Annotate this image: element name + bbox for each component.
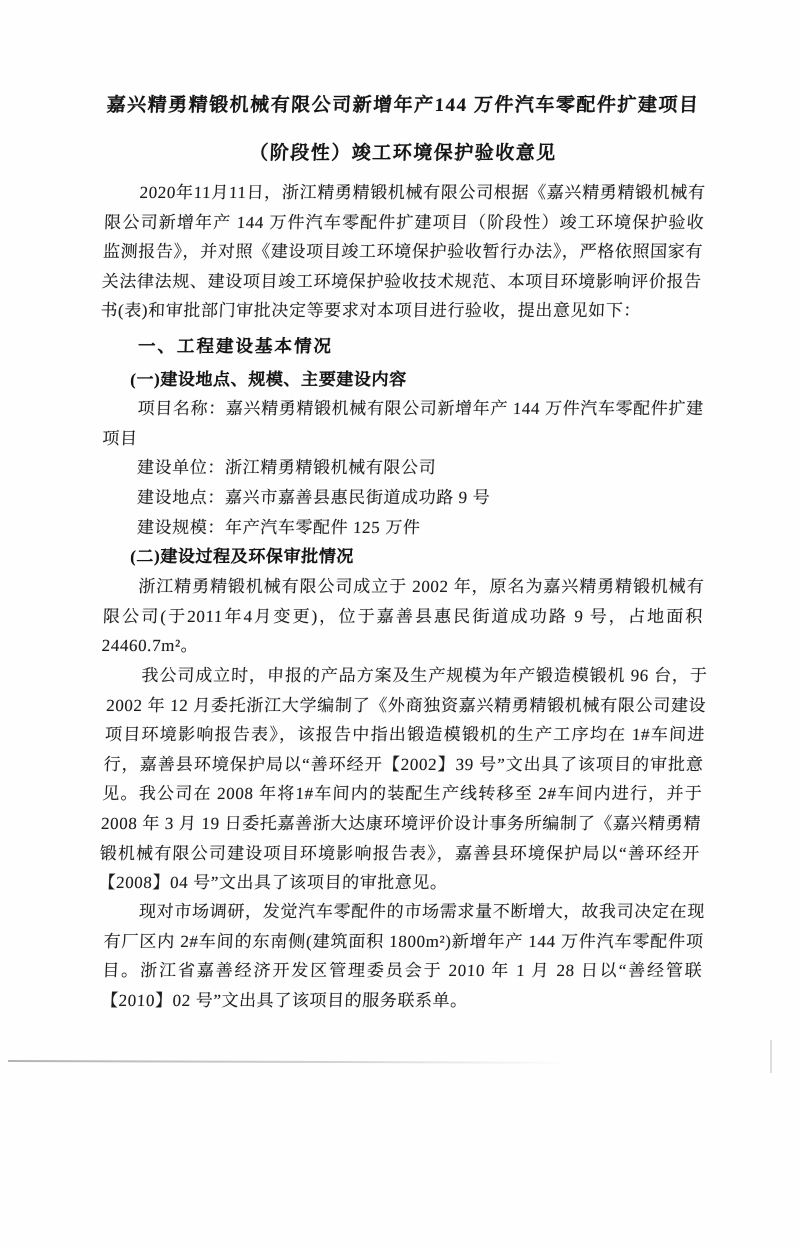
history-paragraph-2: 我公司成立时，申报的产品方案及生产规模为年产锻造模锻机 96 台，于 2002 … xyxy=(98,661,708,898)
scan-artifact-edge-mark xyxy=(770,1040,772,1073)
history-paragraph-3: 现对市场调研，发觉汽车零配件的市场需求量不断增大，故我司决定在现有厂区内 2#车… xyxy=(100,897,705,1015)
item-construction-scale: 建设规模：年产汽车零配件 125 万件 xyxy=(102,513,703,543)
scan-artifact-line xyxy=(8,1060,570,1064)
item-project-name: 项目名称：嘉兴精勇精锻机械有限公司新增年产 144 万件汽车零配件扩建项目 xyxy=(102,394,705,453)
document-title: 嘉兴精勇精锻机械有限公司新增年产144 万件汽车零配件扩建项目 （阶段性）竣工环… xyxy=(103,82,703,178)
item-construction-unit: 建设单位：浙江精勇精锻机械有限公司 xyxy=(102,453,703,483)
title-line-2: （阶段性）竣工环境保护验收意见 xyxy=(102,130,704,178)
section-1-heading: 一、工程建设基本情况 xyxy=(102,332,703,362)
document-content: 嘉兴精勇精锻机械有限公司新增年产144 万件汽车零配件扩建项目 （阶段性）竣工环… xyxy=(103,82,703,1016)
scanned-document-page: 嘉兴精勇精锻机械有限公司新增年产144 万件汽车零配件扩建项目 （阶段性）竣工环… xyxy=(0,0,800,1247)
history-paragraph-1: 浙江精勇精锻机械有限公司成立于 2002 年，原名为嘉兴精勇精锻机械有限公司(于… xyxy=(101,572,705,661)
subsection-2-heading: (二)建设过程及环保审批情况 xyxy=(102,542,703,572)
item-construction-site: 建设地点：嘉兴市嘉善县惠民街道成功路 9 号 xyxy=(102,483,703,513)
title-line-1: 嘉兴精勇精锻机械有限公司新增年产144 万件汽车零配件扩建项目 xyxy=(102,82,704,130)
intro-paragraph: 2020年11月11日，浙江精勇精锻机械有限公司根据《嘉兴精勇精锻机械有限公司新… xyxy=(100,178,706,326)
subsection-1-heading: (一)建设地点、规模、主要建设内容 xyxy=(102,365,703,395)
